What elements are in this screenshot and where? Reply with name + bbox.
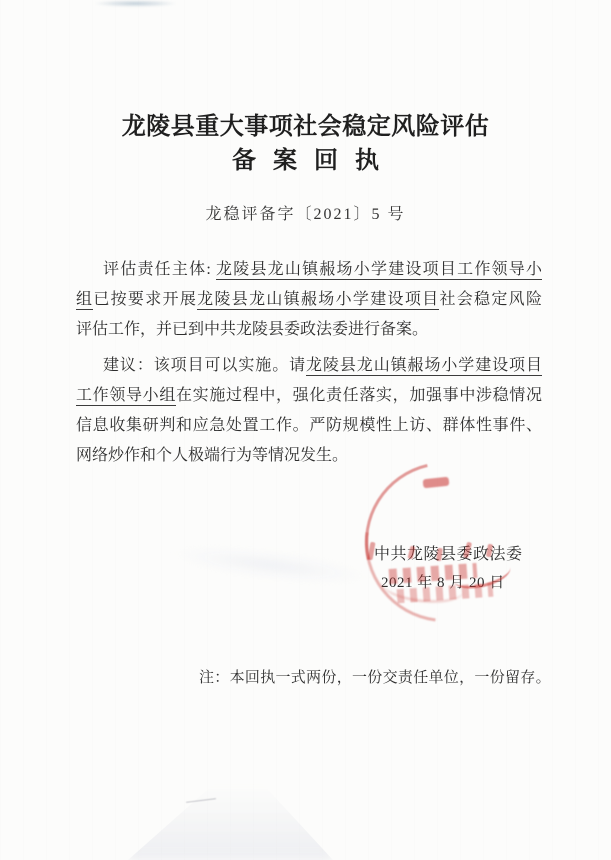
document-title-line1: 龙陵县重大事项社会稳定风险评估 — [0, 106, 611, 141]
seal-top-fragment — [423, 477, 450, 489]
signature-date: 2021 年 8 月 20 日 — [381, 571, 505, 592]
document-title-line2: 备案回执 — [0, 140, 611, 175]
body-text: 建议：该项目可以实施。请 — [103, 357, 306, 374]
footer-note: 注：本回执一式两份，一份交责任单位，一份留存。 — [199, 666, 551, 687]
body-text: 评估责任主体: — [103, 261, 216, 278]
body-line: 组已按要求开展龙陵县龙山镇赧场小学建设项目社会稳定风险 — [76, 285, 542, 315]
document-reference-number: 龙稳评备字〔2021〕5 号 — [0, 201, 611, 224]
body-text: 信息收集研判和应急处置工作。严防规模性上访、群体性事件、 — [76, 417, 542, 434]
scan-smudge-artifact — [93, 0, 178, 7]
body-text: 网络炒作和个人极端行为等情况发生。 — [76, 447, 348, 464]
body-text: 在实施过程中，强化责任落实，加强事中涉稳情况 — [176, 387, 542, 404]
body-line: 工作领导小组在实施过程中，强化责任落实，加强事中涉稳情况 — [76, 381, 542, 411]
body-line: 建议：该项目可以实施。请龙陵县龙山镇赧场小学建设项目 — [76, 351, 542, 381]
body-line: 评估责任主体: 龙陵县龙山镇赧场小学建设项目工作领导小 — [76, 255, 542, 285]
underlined-text: 工作领导小组 — [76, 387, 176, 406]
signature-organization: 中共龙陵县委政法委 — [374, 541, 523, 564]
body-text: 社会稳定风险 — [439, 291, 542, 308]
body-text: 评估工作，并已到中共龙陵县委政法委进行备案。 — [76, 321, 428, 338]
paragraph: 建议：该项目可以实施。请龙陵县龙山镇赧场小学建设项目工作领导小组在实施过程中，强… — [76, 351, 542, 471]
document-page: 龙陵县重大事项社会稳定风险评估 备案回执 龙稳评备字〔2021〕5 号 评估责任… — [0, 0, 611, 860]
body-text: 已按要求开展 — [93, 291, 197, 308]
body-line: 网络炒作和个人极端行为等情况发生。 — [76, 441, 542, 471]
underlined-text: 组 — [76, 291, 93, 310]
scan-shadow-artifact — [128, 760, 333, 860]
paragraph: 评估责任主体: 龙陵县龙山镇赧场小学建设项目工作领导小组已按要求开展龙陵县龙山镇… — [76, 255, 542, 345]
paper-crease-artifact — [169, 540, 371, 590]
underlined-text: 龙陵县龙山镇赧场小学建设项目工作领导小 — [216, 261, 542, 280]
underlined-text: 龙陵县龙山镇赧场小学建设项目 — [306, 357, 542, 376]
body-line: 信息收集研判和应急处置工作。严防规模性上访、群体性事件、 — [76, 411, 542, 441]
underlined-text: 龙陵县龙山镇赧场小学建设项目 — [197, 291, 439, 310]
body-line: 评估工作，并已到中共龙陵县委政法委进行备案。 — [76, 315, 542, 345]
document-body: 评估责任主体: 龙陵县龙山镇赧场小学建设项目工作领导小组已按要求开展龙陵县龙山镇… — [76, 255, 542, 477]
